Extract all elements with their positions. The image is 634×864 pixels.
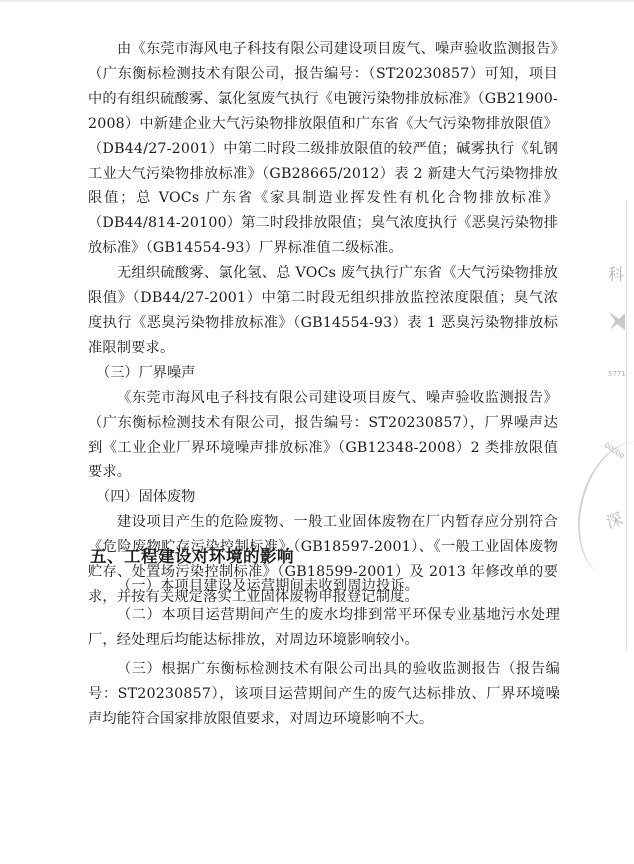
paragraph-noise: 《东莞市海风电子科技有限公司建设项目废气、噪声验收监测报告》（广东衡标检测技术有… [88,386,558,486]
stamp-star-icon [607,310,625,332]
paragraph-waste-gas-standards: 由《东莞市海风电子科技有限公司建设项目废气、噪声验收监测报告》（广东衡标检测技术… [88,37,558,261]
impact-item-2: （二）本项目运营期间产生的废水均排到常平环保专业基地污水处理厂，经处理后均能达标… [88,603,560,653]
page-edge-line [626,200,627,650]
stamp-fragment-digits-small: 5771 [608,370,626,378]
subsection-title-solid-waste: （四）固体废物 [88,485,558,510]
impact-item-3: （三）根据广东衡标检测技术有限公司出具的验收监测报告（报告编号：ST202308… [88,657,560,732]
document-body: 由《东莞市海风电子科技有限公司建设项目废气、噪声验收监测报告》（广东衡标检测技术… [88,37,558,610]
impact-item-1: （一）本项目建设及运营期间未收到周边投诉。 [88,574,560,599]
stamp-fragment-char: 科 [608,262,624,285]
page-top-border [0,0,634,2]
paragraph-unorganized-emissions: 无组织硫酸雾、氯化氢、总 VOCs 废气执行广东省《大气污染物排放限值》（DB4… [88,261,558,361]
section-heading-environmental-impact: 五、工程建设对环境的影响 [90,543,294,567]
subsection-title-noise: （三）厂界噪声 [88,361,558,386]
section-5-body: （一）本项目建设及运营期间未收到周边投诉。 （二）本项目运营期间产生的废水均排到… [88,574,560,731]
